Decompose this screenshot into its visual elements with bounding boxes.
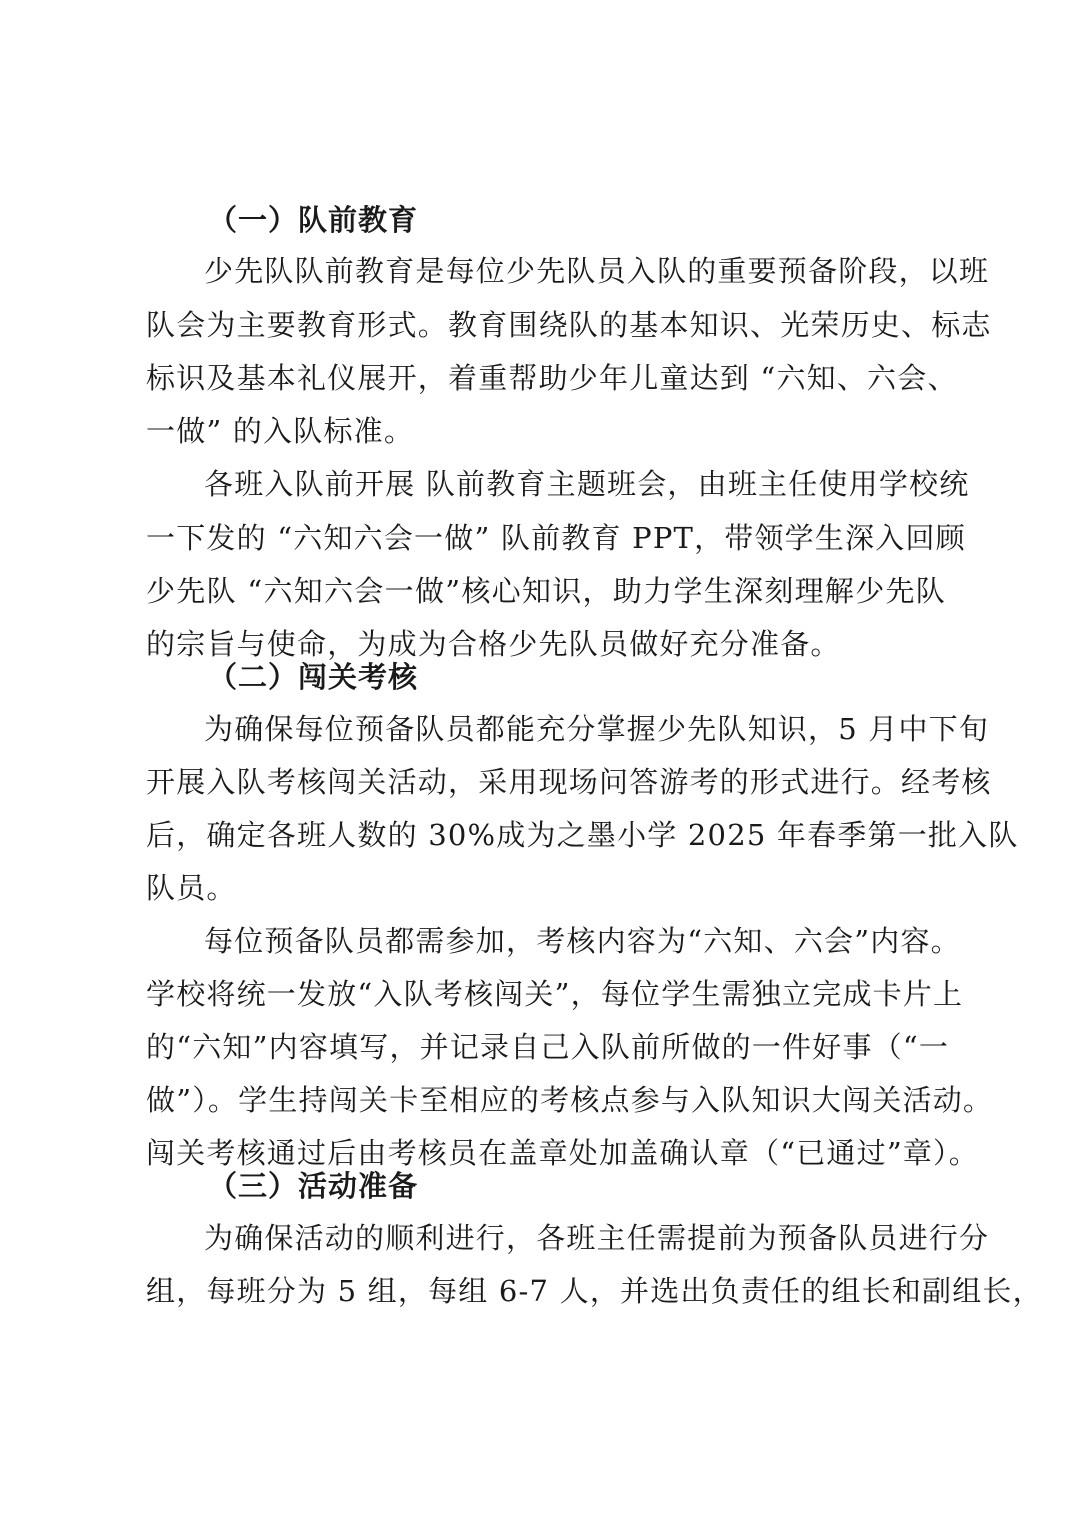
document-page: （一）队前教育 少先队队前教育是每位少先队员入队的重要预备阶段，以班 队会为主要… bbox=[0, 0, 1080, 1527]
paragraph-line: 为确保活动的顺利进行，各班主任需提前为预备队员进行分 bbox=[204, 1218, 946, 1258]
paragraph-line: 队会为主要教育形式。教育围绕队的基本知识、光荣历史、标志 bbox=[146, 305, 946, 345]
paragraph-line: 标识及基本礼仪展开，着重帮助少年儿童达到 “六知、六会、 bbox=[146, 358, 946, 398]
paragraph-line: 的“六知”内容填写，并记录自己入队前所做的一件好事（“一 bbox=[146, 1027, 946, 1067]
paragraph-line: 每位预备队员都需参加，考核内容为“六知、六会”内容。 bbox=[204, 921, 946, 961]
paragraph-line: 学校将统一发放“入队考核闯关”，每位学生需独立完成卡片上 bbox=[146, 974, 946, 1014]
paragraph-line: 一下发的 “六知六会一做” 队前教育 PPT，带领学生深入回顾 bbox=[146, 518, 946, 558]
paragraph-line: 为确保每位预备队员都能充分掌握少先队知识，5 月中下旬 bbox=[204, 709, 946, 749]
paragraph-line: 少先队队前教育是每位少先队员入队的重要预备阶段，以班 bbox=[204, 251, 946, 291]
paragraph-line: 后，确定各班人数的 30%成为之墨小学 2025 年春季第一批入队 bbox=[146, 815, 946, 855]
paragraph-line: 一做” 的入队标准。 bbox=[146, 411, 946, 451]
section-heading-3: （三）活动准备 bbox=[208, 1166, 1008, 1206]
paragraph-line: 各班入队前开展 队前教育主题班会，由班主任使用学校统 bbox=[204, 464, 946, 504]
section-heading-1: （一）队前教育 bbox=[208, 200, 1008, 240]
paragraph-line: 做”）。学生持闯关卡至相应的考核点参与入队知识大闯关活动。 bbox=[146, 1080, 946, 1120]
section-heading-2: （二）闯关考核 bbox=[208, 657, 1008, 697]
paragraph-line: 组，每班分为 5 组，每组 6-7 人，并选出负责任的组长和副组长， bbox=[146, 1271, 946, 1311]
paragraph-line: 少先队 “六知六会一做”核心知识，助力学生深刻理解少先队 bbox=[146, 571, 946, 611]
paragraph-line: 队员。 bbox=[146, 868, 946, 908]
paragraph-line: 开展入队考核闯关活动，采用现场问答游考的形式进行。经考核 bbox=[146, 762, 946, 802]
